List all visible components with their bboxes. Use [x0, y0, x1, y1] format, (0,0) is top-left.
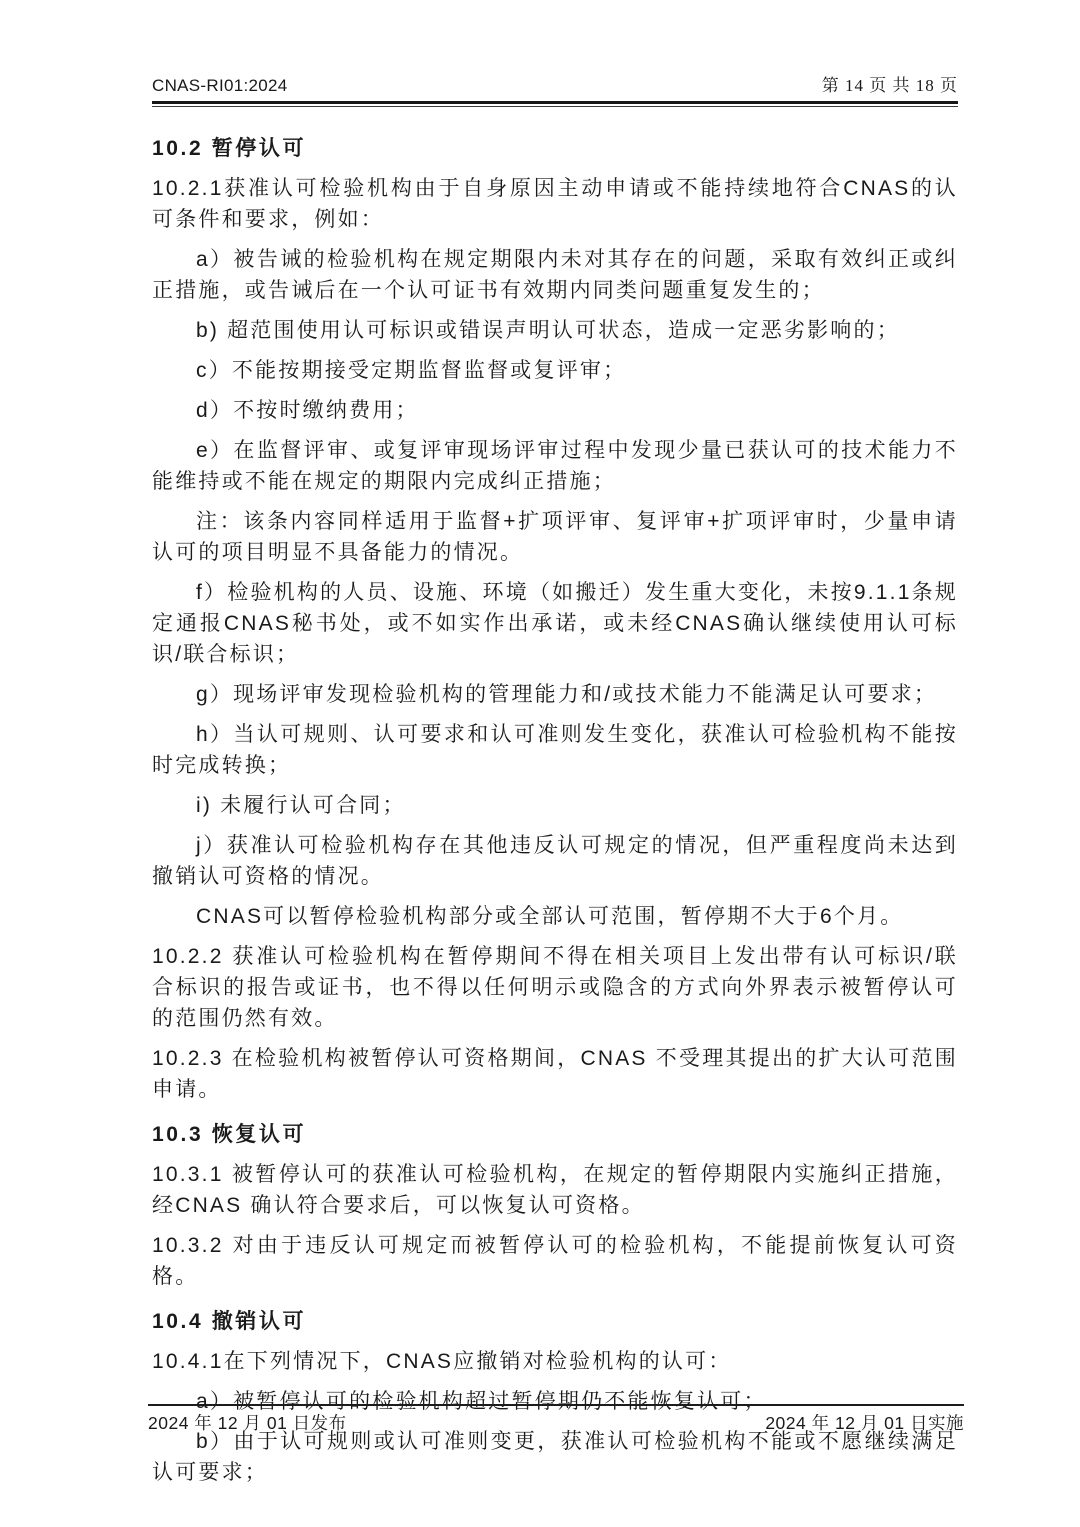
implementation-date: 2024 年 12 月 01 日实施 [765, 1410, 964, 1435]
section-heading: 10.3 恢复认可 [152, 1119, 958, 1150]
list-item: c）不能按期接受定期监督监督或复评审； [152, 355, 958, 386]
list-item: CNAS可以暂停检验机构部分或全部认可范围，暂停期不大于6个月。 [152, 901, 958, 932]
footer-rule [148, 1404, 964, 1406]
paragraph: 10.3.2 对由于违反认可规定而被暂停认可的检验机构，不能提前恢复认可资格。 [152, 1230, 958, 1292]
page-footer: 2024 年 12 月 01 日发布 2024 年 12 月 01 日实施 [148, 1404, 964, 1435]
list-item: d）不按时缴纳费用； [152, 395, 958, 426]
document-body: 10.2 暂停认可10.2.1获准认可检验机构由于自身原因主动申请或不能持续地符… [152, 133, 958, 1488]
header-rule [152, 101, 958, 107]
issue-date: 2024 年 12 月 01 日发布 [148, 1410, 347, 1435]
list-item: b）由于认可规则或认可准则变更，获准认可检验机构不能或不愿继续满足认可要求； [152, 1426, 958, 1488]
list-item: g）现场评审发现检验机构的管理能力和/或技术能力不能满足认可要求； [152, 679, 958, 710]
footer-dates: 2024 年 12 月 01 日发布 2024 年 12 月 01 日实施 [148, 1410, 964, 1435]
page-header: CNAS-RI01:2024 第 14 页 共 18 页 [152, 0, 958, 96]
list-item: a）被告诫的检验机构在规定期限内未对其存在的问题，采取有效纠正或纠正措施，或告诫… [152, 244, 958, 306]
paragraph: 10.2.2 获准认可检验机构在暂停期间不得在相关项目上发出带有认可标识/联合标… [152, 941, 958, 1034]
list-item: i) 未履行认可合同； [152, 790, 958, 821]
document-page: CNAS-RI01:2024 第 14 页 共 18 页 10.2 暂停认可10… [0, 0, 1080, 1527]
list-item: f）检验机构的人员、设施、环境（如搬迁）发生重大变化，未按9.1.1条规定通报C… [152, 577, 958, 670]
paragraph: 10.2.3 在检验机构被暂停认可资格期间，CNAS 不受理其提出的扩大认可范围… [152, 1043, 958, 1105]
paragraph: 10.4.1在下列情况下，CNAS应撤销对检验机构的认可： [152, 1346, 958, 1377]
paragraph: 10.3.1 被暂停认可的获准认可检验机构，在规定的暂停期限内实施纠正措施，经C… [152, 1159, 958, 1221]
document-number: CNAS-RI01:2024 [152, 76, 288, 96]
section-heading: 10.4 撤销认可 [152, 1306, 958, 1337]
list-item: e）在监督评审、或复评审现场评审过程中发现少量已获认可的技术能力不能维持或不能在… [152, 435, 958, 497]
list-item: b) 超范围使用认可标识或错误声明认可状态，造成一定恶劣影响的； [152, 315, 958, 346]
section-heading: 10.2 暂停认可 [152, 133, 958, 164]
list-item: j）获准认可检验机构存在其他违反认可规定的情况，但严重程度尚未达到撤销认可资格的… [152, 830, 958, 892]
paragraph: 10.2.1获准认可检验机构由于自身原因主动申请或不能持续地符合CNAS的认可条… [152, 173, 958, 235]
page-number-info: 第 14 页 共 18 页 [822, 76, 958, 96]
list-item: h）当认可规则、认可要求和认可准则发生变化，获准认可检验机构不能按时完成转换； [152, 719, 958, 781]
list-item: 注：该条内容同样适用于监督+扩项评审、复评审+扩项评审时，少量申请认可的项目明显… [152, 506, 958, 568]
